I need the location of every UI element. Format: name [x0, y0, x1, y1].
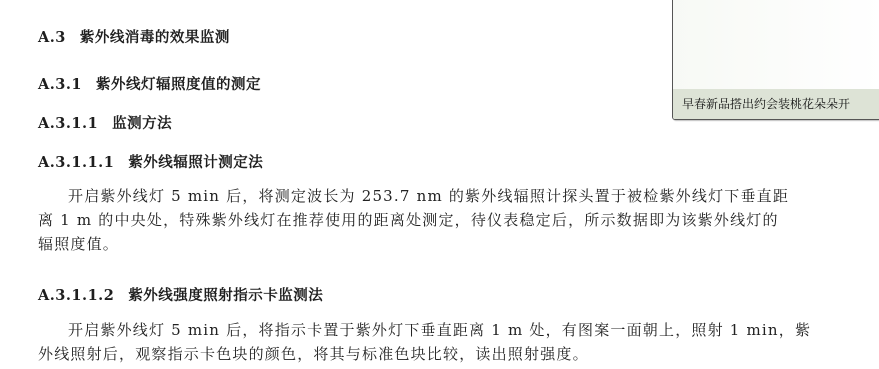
ad-caption-link[interactable]: 早春新品搭出约会装桃花朵朵开	[673, 89, 879, 119]
section-title: 紫外线强度照射指示卡监测法	[128, 288, 323, 304]
paragraph-line: 离 1 m 的中央处，特殊紫外线灯在推荐使用的距离处测定，待仪表稳定后，所示数据…	[38, 208, 838, 232]
section-number: A.3.1	[38, 76, 82, 93]
paragraph-line: 开启紫外线灯 5 min 后，将指示卡置于紫外灯下垂直距离 1 m 处，有图案一…	[38, 318, 838, 342]
section-number: A.3	[38, 29, 66, 46]
paragraph-irradiance-meter-method: 开启紫外线灯 5 min 后，将测定波长为 253.7 nm 的紫外线辐照计探头…	[38, 184, 838, 256]
paragraph-indicator-card-method: 开启紫外线灯 5 min 后，将指示卡置于紫外灯下垂直距离 1 m 处，有图案一…	[38, 318, 838, 366]
section-title: 紫外线消毒的效果监测	[80, 30, 230, 46]
paragraph-line: 辐照度值。	[38, 232, 838, 256]
section-number: A.3.1.1.1	[38, 154, 114, 171]
section-heading-a3-1-1-2: A.3.1.1.2紫外线强度照射指示卡监测法	[38, 284, 323, 305]
section-heading-a3: A.3紫外线消毒的效果监测	[38, 26, 230, 47]
section-title: 紫外线灯辐照度值的测定	[96, 77, 261, 93]
paragraph-line: 外线照射后，观察指示卡色块的颜色，将其与标准色块比较，读出照射强度。	[38, 342, 838, 366]
ad-banner[interactable]: 早春新品搭出约会装桃花朵朵开	[672, 0, 879, 120]
section-number: A.3.1.1	[38, 115, 98, 132]
section-heading-a3-1-1: A.3.1.1监测方法	[38, 112, 172, 133]
paragraph-line: 开启紫外线灯 5 min 后，将测定波长为 253.7 nm 的紫外线辐照计探头…	[38, 184, 838, 208]
section-heading-a3-1-1-1: A.3.1.1.1紫外线辐照计测定法	[38, 151, 263, 172]
section-title: 监测方法	[112, 116, 172, 132]
section-title: 紫外线辐照计测定法	[128, 155, 263, 171]
section-number: A.3.1.1.2	[38, 287, 114, 304]
section-heading-a3-1: A.3.1紫外线灯辐照度值的测定	[38, 73, 261, 94]
